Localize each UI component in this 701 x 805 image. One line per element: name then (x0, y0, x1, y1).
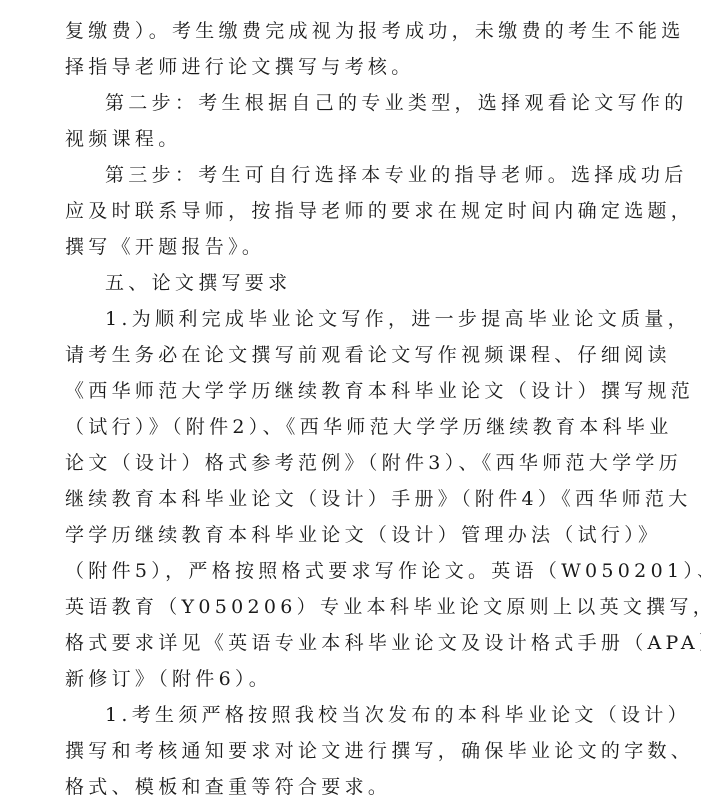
paragraph-line: 择指导老师进行论文撰写与考核。 (65, 49, 645, 85)
paragraph-line: 1.考生须严格按照我校当次发布的本科毕业论文（设计） (105, 697, 685, 733)
document-page: 复缴费）。考生缴费完成视为报考成功，未缴费的考生不能选 择指导老师进行论文撰写与… (0, 0, 701, 805)
paragraph-line: 复缴费）。考生缴费完成视为报考成功，未缴费的考生不能选 (65, 13, 645, 49)
paragraph-line: （附件5），严格按照格式要求写作论文。英语（W050201）、 (65, 553, 645, 589)
paragraph-line: 英语教育（Y050206）专业本科毕业论文原则上以英文撰写， (65, 589, 645, 625)
paragraph-line: 撰写和考核通知要求对论文进行撰写，确保毕业论文的字数、 (65, 733, 645, 769)
paragraph-line: （试行）》（附件2）、《西华师范大学学历继续教育本科毕业 (65, 409, 645, 445)
paragraph-line: 新修订》（附件6）。 (65, 661, 645, 697)
paragraph-line: 论文（设计）格式参考范例》（附件3）、《西华师范大学学历 (65, 445, 645, 481)
paragraph-line: 请考生务必在论文撰写前观看论文写作视频课程、仔细阅读 (65, 337, 645, 373)
paragraph-line: 学学历继续教育本科毕业论文（设计）管理办法（试行）》 (65, 517, 645, 553)
paragraph-line: 第二步：考生根据自己的专业类型，选择观看论文写作的 (105, 85, 685, 121)
paragraph-line: 视频课程。 (65, 121, 645, 157)
paragraph-line: 格式要求详见《英语专业本科毕业论文及设计格式手册（APA） (65, 625, 645, 661)
section-heading: 五、论文撰写要求 (105, 265, 685, 301)
paragraph-line: 继续教育本科毕业论文（设计）手册》（附件4）《西华师范大 (65, 481, 645, 517)
paragraph-line: 《西华师范大学学历继续教育本科毕业论文（设计）撰写规范 (65, 373, 645, 409)
paragraph-line: 撰写《开题报告》。 (65, 229, 645, 265)
paragraph-line: 第三步：考生可自行选择本专业的指导老师。选择成功后 (105, 157, 685, 193)
paragraph-line: 1.为顺利完成毕业论文写作，进一步提高毕业论文质量， (105, 301, 685, 337)
paragraph-line: 格式、模板和查重等符合要求。 (65, 769, 645, 805)
paragraph-line: 应及时联系导师，按指导老师的要求在规定时间内确定选题， (65, 193, 645, 229)
